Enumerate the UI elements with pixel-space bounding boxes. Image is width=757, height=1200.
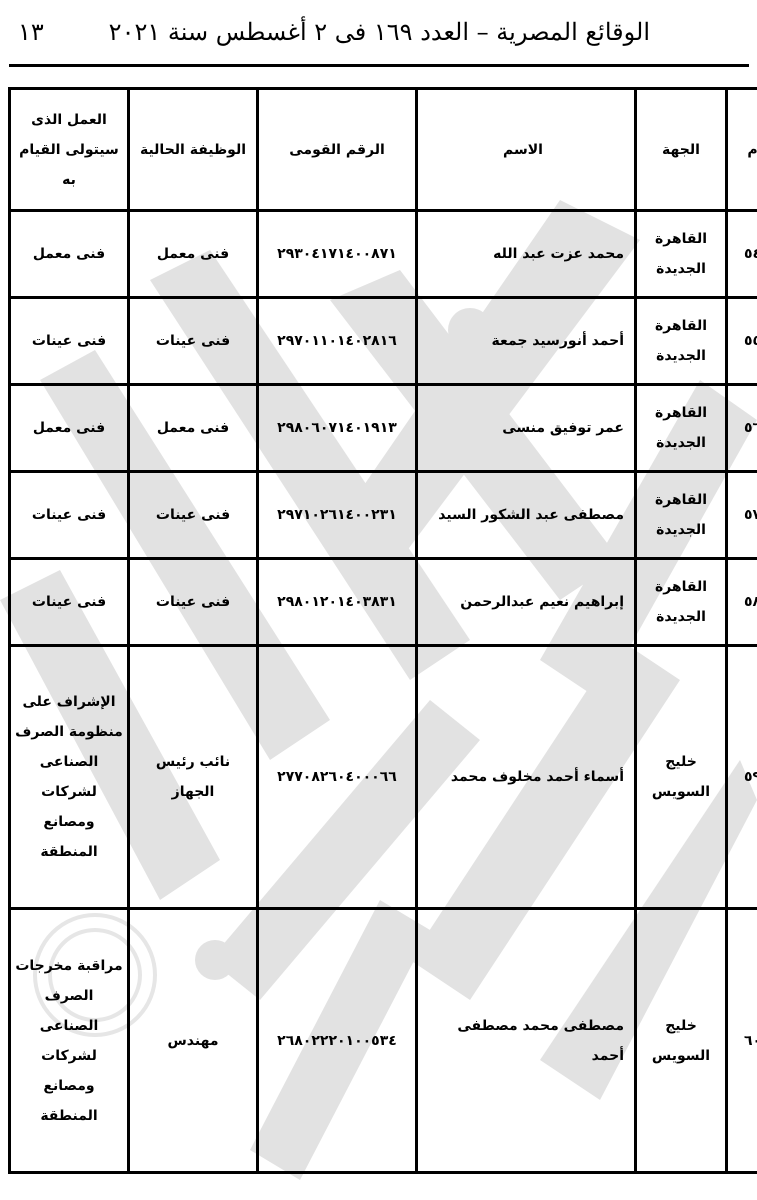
cell-department: القاهرة الجديدة [636,298,727,385]
table-row: ٥٤ القاهرة الجديدة محمد عزت عبد الله ٢٩٣… [10,211,757,298]
cell-name: مصطفى عبد الشكور السيد [417,472,636,559]
table-row: ٥٨ القاهرة الجديدة إبراهيم نعيم عبدالرحم… [10,559,757,646]
col-header-department: الجهة [636,89,727,211]
cell-national-id: ٢٩٨٠١٢٠١٤٠٣٨٣١ [258,559,417,646]
cell-index: ٥٩ [727,646,757,909]
col-header-index: م [727,89,757,211]
cell-current-job: فنى معمل [129,211,258,298]
cell-national-id: ٢٩٧٠١١٠١٤٠٢٨١٦ [258,298,417,385]
cell-national-id: ٢٦٨٠٢٢٢٠١٠٠٥٣٤ [258,909,417,1173]
col-header-name: الاسم [417,89,636,211]
cell-current-job: فنى عينات [129,298,258,385]
cell-department: القاهرة الجديدة [636,211,727,298]
cell-national-id: ٢٧٧٠٨٢٦٠٤٠٠٠٦٦ [258,646,417,909]
table-row: ٥٦ القاهرة الجديدة عمر توفيق منسى ٢٩٨٠٦٠… [10,385,757,472]
cell-current-job: فنى عينات [129,472,258,559]
cell-future-work: الإشراف على منظومة الصرف الصناعى لشركات … [10,646,129,909]
cell-current-job: فنى معمل [129,385,258,472]
cell-department: خليج السويس [636,909,727,1173]
cell-current-job: مهندس [129,909,258,1173]
cell-department: القاهرة الجديدة [636,385,727,472]
col-header-national-id: الرقم القومى [258,89,417,211]
cell-name: محمد عزت عبد الله [417,211,636,298]
table-row: ٥٧ القاهرة الجديدة مصطفى عبد الشكور السي… [10,472,757,559]
cell-name: عمر توفيق منسى [417,385,636,472]
cell-index: ٥٨ [727,559,757,646]
cell-current-job: نائب رئيس الجهاز [129,646,258,909]
cell-future-work: فنى عينات [10,298,129,385]
cell-future-work: فنى عينات [10,472,129,559]
table-row: ٦٠ خليج السويس مصطفى محمد مصطفى أحمد ٢٦٨… [10,909,757,1173]
cell-current-job: فنى عينات [129,559,258,646]
page-number: ١٣ [18,18,44,46]
cell-index: ٥٧ [727,472,757,559]
table-header-row: م الجهة الاسم الرقم القومى الوظيفة الحال… [10,89,757,211]
header-divider [9,64,749,67]
cell-national-id: ٢٩٧١٠٢٦١٤٠٠٢٣١ [258,472,417,559]
cell-department: القاهرة الجديدة [636,472,727,559]
cell-index: ٥٦ [727,385,757,472]
cell-index: ٦٠ [727,909,757,1173]
cell-national-id: ٢٩٨٠٦٠٧١٤٠١٩١٣ [258,385,417,472]
table-row: ٥٩ خليج السويس أسماء أحمد مخلوف محمد ٢٧٧… [10,646,757,909]
cell-name: أحمد أنورسيد جمعة [417,298,636,385]
employee-table: م الجهة الاسم الرقم القومى الوظيفة الحال… [8,87,757,1174]
cell-future-work: فنى عينات [10,559,129,646]
cell-future-work: فنى معمل [10,385,129,472]
cell-index: ٥٤ [727,211,757,298]
page-header: الوقائع المصرية – العدد ١٦٩ فى ٢ أغسطس س… [10,14,748,54]
col-header-current-job: الوظيفة الحالية [129,89,258,211]
cell-national-id: ٢٩٣٠٤١٧١٤٠٠٨٧١ [258,211,417,298]
col-header-future-work: العمل الذى سيتولى القيام به [10,89,129,211]
cell-department: خليج السويس [636,646,727,909]
cell-future-work: فنى معمل [10,211,129,298]
table-row: ٥٥ القاهرة الجديدة أحمد أنورسيد جمعة ٢٩٧… [10,298,757,385]
cell-name: إبراهيم نعيم عبدالرحمن [417,559,636,646]
cell-department: القاهرة الجديدة [636,559,727,646]
cell-name: أسماء أحمد مخلوف محمد [417,646,636,909]
gazette-title: الوقائع المصرية – العدد ١٦٩ فى ٢ أغسطس س… [109,18,650,46]
cell-name: مصطفى محمد مصطفى أحمد [417,909,636,1173]
cell-future-work: مراقبة مخرجات الصرف الصناعى لشركات ومصان… [10,909,129,1173]
cell-index: ٥٥ [727,298,757,385]
